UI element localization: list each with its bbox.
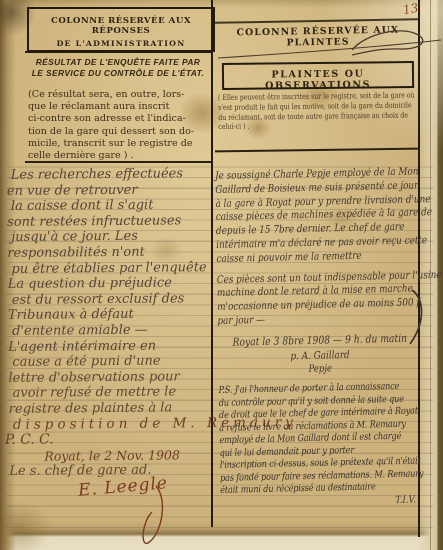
printed-note-line: celui-ci ) . [218, 120, 418, 132]
damage-paragraph: Ces pièces sont un tout indispensable po… [217, 269, 422, 329]
right-section-rule [215, 148, 418, 153]
stain [0, 500, 52, 550]
admin-header-box: COLONNE RÉSERVÉE AUX RÉPONSES DE L'ADMIN… [27, 7, 215, 52]
response-line: pu être établies par l'enquête [11, 260, 209, 277]
printed-note-line: (Ce résultat sera, en outre, lors- [28, 89, 210, 101]
response-line: en vue de retrouver [7, 182, 209, 199]
response-line: P. C. C. [5, 431, 211, 448]
inquiry-result-header: RÉSULTAT DE L'ENQUÊTE FAITE PAR LE SERVI… [25, 51, 211, 79]
response-line: Tribunaux à défaut [8, 306, 210, 323]
response-line: cause a été puni d'une [12, 353, 210, 370]
response-line: jusqu'à ce jour. Les [11, 228, 209, 245]
response-line: disposition de M. Remaury [13, 416, 211, 433]
response-line: responsabilités n'ont [7, 244, 209, 261]
printed-note-line: tion de la gare qui dessert son do- [28, 126, 210, 138]
printed-note-line: ci-contre son adresse et l'indica- [28, 113, 210, 125]
printed-note-line: que le réclamant aura inscrit [28, 101, 210, 113]
response-line: sont restées infructueuses [7, 213, 209, 230]
response-line: d'entente amiable — [12, 322, 210, 339]
response-line: est du ressort exclusif des [12, 291, 210, 308]
postscript-paragraph: P.S. J'ai l'honneur de porter à la conna… [219, 381, 425, 498]
register-page-scan: 13 COLONNE RÉSERVÉE AUX RÉPONSES DE L'AD… [0, 0, 443, 550]
administration-response-text: Les recherches effectuéesen vue de retro… [7, 166, 212, 480]
complaint-text: Je soussigné Charle Pepje employé de la … [215, 165, 425, 511]
right-header-top-rule [215, 18, 418, 23]
response-line: Royat, le 2 Nov. 1908 [13, 447, 211, 464]
plaintes-observations-box: PLAINTES OU OBSERVATIONS [222, 61, 414, 90]
complaint-paragraph: Je soussigné Charle Pepje employé de la … [215, 165, 421, 266]
complaints-column-header: COLONNE RÉSERVÉE AUX PLAINTES [220, 24, 416, 49]
page-number: 13 [402, 1, 419, 17]
response-line: L'agent intérimaire en [8, 338, 210, 355]
response-line: La question du préjudice [8, 275, 210, 292]
admin-header-line1: COLONNE RÉSERVÉE AUX RÉPONSES [29, 16, 213, 36]
column-divider [211, 0, 213, 527]
left-panel-bottom-rule [25, 161, 211, 163]
response-line: la caisse dont il s'agit [11, 197, 209, 214]
printed-note-line: micile, transcrit sur le registre de [28, 138, 210, 150]
inquiry-result-line1: RÉSULTAT DE L'ENQUÊTE FAITE PAR [25, 57, 211, 68]
inquiry-result-line2: LE SERVICE DU CONTRÔLE DE L'ÉTAT. [25, 68, 211, 79]
left-printed-note: (Ce résultat sera, en outre, lors-que le… [28, 89, 210, 162]
admin-header-line2: DE L'ADMINISTRATION [29, 39, 213, 48]
response-line: Les recherches effectuées [11, 166, 209, 183]
plaintes-observations-label: PLAINTES OU OBSERVATIONS [224, 68, 412, 92]
response-line: lettre d'observations pour [8, 369, 210, 386]
right-printed-note: ( Elles peuvent être inscrites sur le re… [218, 90, 418, 132]
response-line: avoir refusé de mettre le [13, 384, 211, 401]
